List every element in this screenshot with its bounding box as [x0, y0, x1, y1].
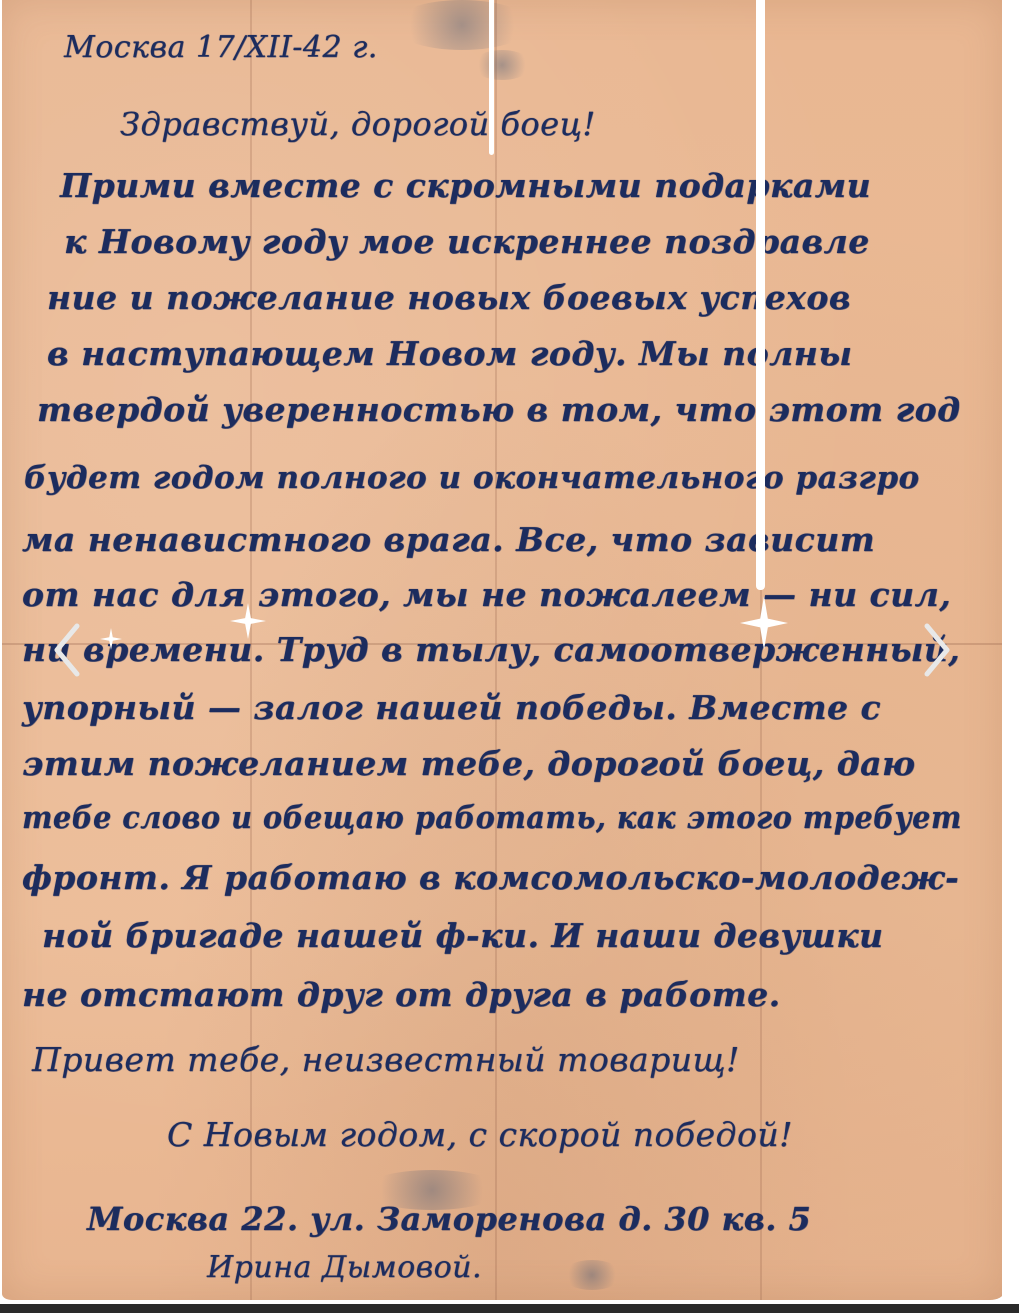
letter-body-line: ни времени. Труд в тылу, самоотверженный… — [22, 630, 960, 669]
image-viewer: Москва 17/XII-42 г. Здравствуй, дорогой … — [0, 0, 1019, 1313]
chevron-left-icon — [53, 622, 81, 678]
letter-body-line: в наступающем Новом году. Мы полны — [47, 334, 852, 373]
letter-place-date: Москва 17/XII-42 г. — [64, 30, 378, 65]
previous-image-button[interactable] — [50, 620, 84, 680]
letter-body-line: фронт. Я работаю в комсомольско-молодеж- — [22, 858, 959, 897]
letter-body-line: от нас для этого, мы не пожалеем — ни си… — [22, 575, 951, 614]
letter-body-line: этим пожеланием тебе, дорогой боец, даю — [22, 744, 916, 783]
letter-body-line: ние и пожелание новых боевых успехов — [47, 278, 851, 317]
letter-body-line: тебе слово и обещаю работать, как этого … — [22, 800, 962, 836]
letter-paper: Москва 17/XII-42 г. Здравствуй, дорогой … — [2, 0, 1004, 1300]
letter-body-line: твердой уверенностью в том, что этот год — [37, 390, 961, 429]
letter-body-line: Прими вместе с скромными подарками — [60, 166, 871, 205]
letter-signature: Ирина Дымовой. — [207, 1250, 482, 1285]
letter-body-line: ной бригаде нашей ф-ки. И наши девушки — [42, 916, 884, 955]
paper-edge — [1002, 0, 1019, 1300]
paper-tear — [756, 0, 765, 590]
viewer-bottom-bar — [0, 1304, 1019, 1313]
letter-closing: Привет тебе, неизвестный товарищ! — [32, 1040, 740, 1079]
letter-body-line: упорный — залог нашей победы. Вместе с — [22, 688, 881, 727]
chevron-right-icon — [923, 622, 951, 678]
letter-body-line: не отстают друг от друга в работе. — [22, 975, 781, 1014]
letter-closing: С Новым годом, с скорой победой! — [167, 1115, 793, 1154]
letter-text: Москва 17/XII-42 г. Здравствуй, дорогой … — [2, 0, 1004, 1300]
next-image-button[interactable] — [920, 620, 954, 680]
letter-greeting: Здравствуй, дорогой боец! — [120, 105, 596, 143]
letter-address: Москва 22. ул. Заморенова д. 30 кв. 5 — [87, 1200, 811, 1238]
paper-tear — [489, 0, 494, 155]
letter-body-line: будет годом полного и окончательного раз… — [24, 460, 920, 496]
letter-body-line: к Новому году мое искреннее поздравле — [64, 222, 870, 261]
letter-body-line: ма ненавистного врага. Все, что зависит — [22, 520, 875, 559]
